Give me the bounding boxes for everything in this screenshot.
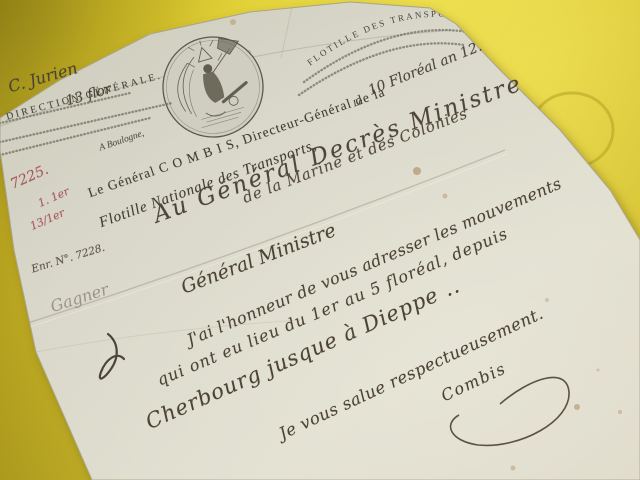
photo-of-historic-letter: FLOTILLE DES TRANSPORTS. C. Jurien 13 fl…: [0, 0, 640, 480]
